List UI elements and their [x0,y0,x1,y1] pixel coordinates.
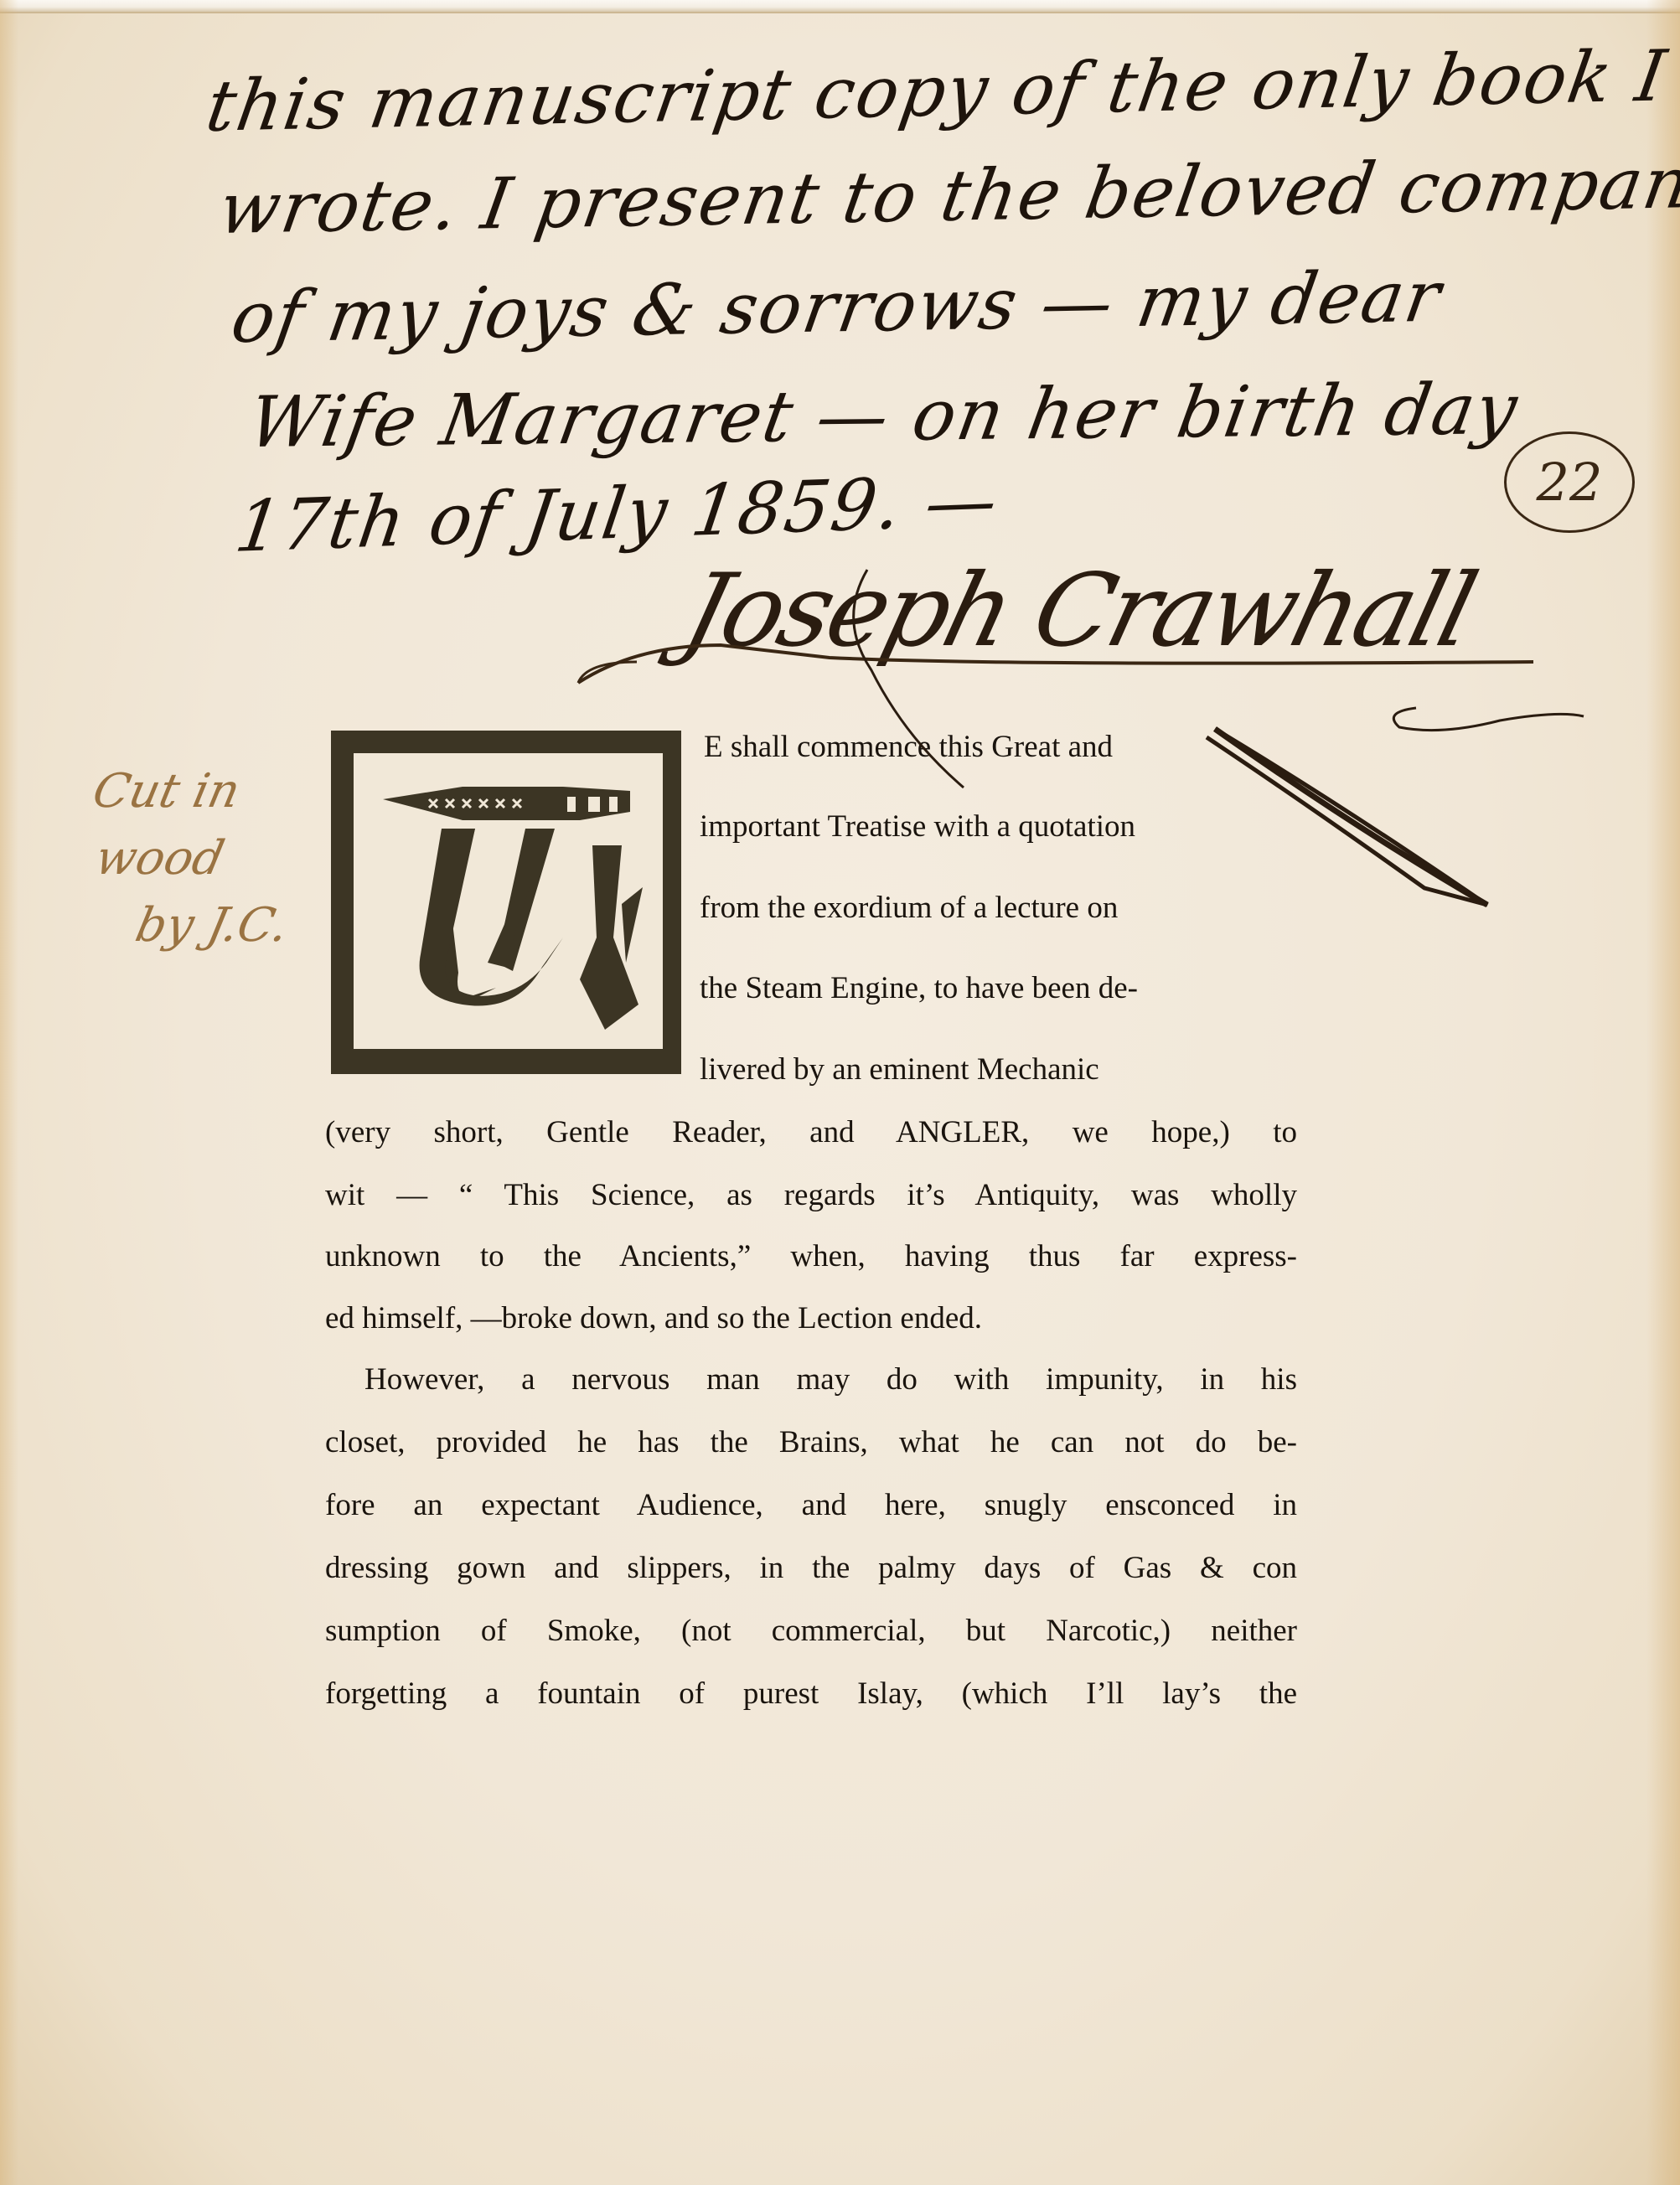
inscription-line-1: this manuscript copy of the only book I … [201,31,1680,147]
printed-line: dressing gown and slippers, in the palmy… [325,1550,1297,1586]
printed-line: wit — “ This Science, as regards it’s An… [325,1177,1297,1213]
printed-line: ed himself, —broke down, and so the Lect… [325,1300,1297,1336]
woodcut-initial [331,731,681,1074]
printed-line: closet, provided he has the Brains, what… [325,1424,1297,1460]
printed-line: livered by an eminent Mechanic [700,1051,1099,1087]
margin-note-line: by J.C. [58,892,294,959]
page-number-circle: 22 [1504,431,1635,533]
printed-line: unknown to the Ancients,” when, having t… [325,1238,1297,1274]
printed-line: (very short, Gentle Reader, and ANGLER, … [325,1114,1297,1150]
printed-line: E shall commence this Great and [704,729,1113,765]
page-left-edge [0,0,18,2185]
margin-note-line: wood [72,825,308,892]
page-top-edge [0,0,1680,13]
woodcut-frame-inner [354,753,663,1049]
inscription-line-2: wrote. I present to the beloved companio… [214,140,1680,250]
inscription-line-4: Wife Margaret — on her birth day [243,368,1524,463]
margin-note-line: Cut in [87,758,323,825]
printed-line: forgetting a fountain of purest Islay, (… [325,1676,1297,1712]
printed-line: fore an expectant Audience, and here, sn… [325,1487,1297,1523]
printed-line: the Steam Engine, to have been de- [700,970,1138,1006]
printed-line: However, a nervous man may do with impun… [364,1361,1297,1397]
inscription-line-5: 17th of July 1859. — [230,459,1004,568]
page-right-edge [1646,0,1680,2185]
margin-note: Cut in wood by J.C. [58,758,323,959]
manuscript-page: this manuscript copy of the only book I … [0,0,1680,2185]
fishing-rod-initial-icon [354,753,663,1049]
printed-line: important Treatise with a quotation [700,808,1135,845]
printed-line: sumption of Smoke, (not commercial, but … [325,1613,1297,1649]
inscription-line-3: of my joys & sorrows — my dear [226,256,1447,359]
printed-line: from the exordium of a lecture on [700,890,1118,926]
page-number: 22 [1537,452,1603,513]
signature: Joseph Crawhall [673,553,1485,669]
